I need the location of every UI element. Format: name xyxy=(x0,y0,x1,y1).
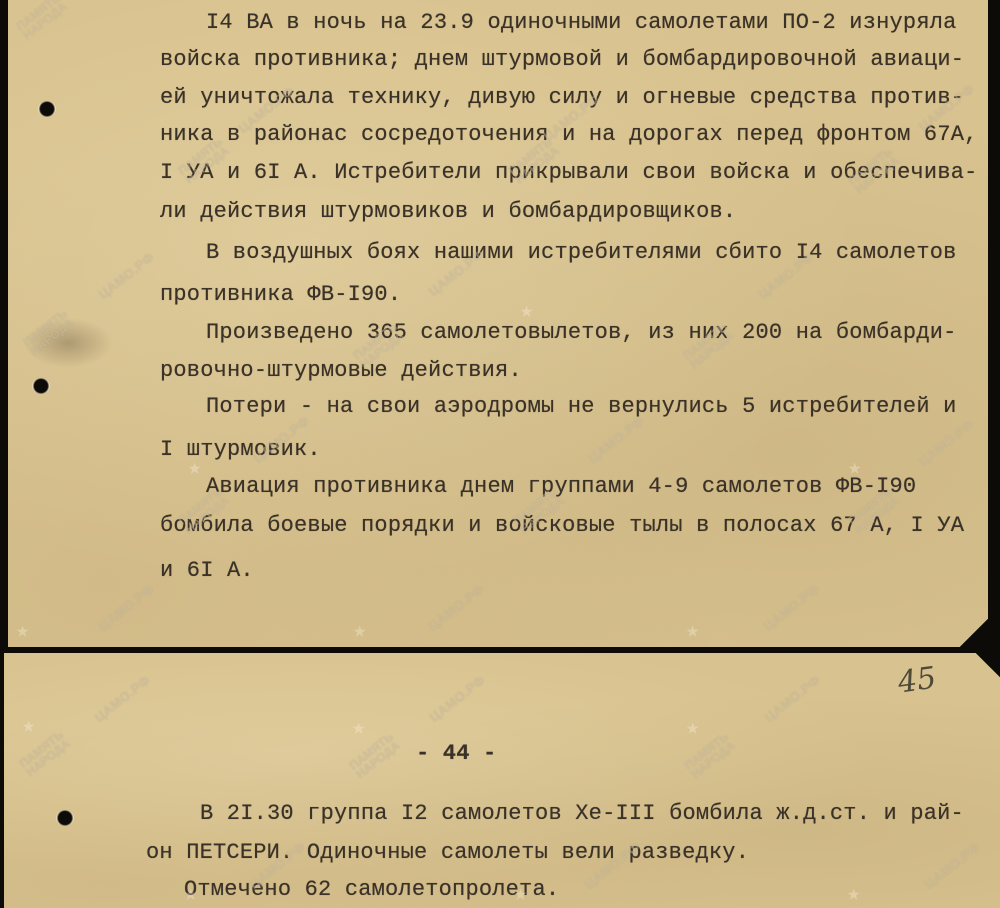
text-line: I штурмовик. xyxy=(160,437,321,462)
text-line: Произведено 365 самолетовылетов, из них … xyxy=(206,320,957,345)
watermark-tsamo: ЦАМО.РФ xyxy=(95,249,157,302)
watermark-pamyat-naroda: ПАМЯТЬНАРОДА xyxy=(15,0,69,42)
text-line: ей уничтожала технику, дивую силу и огне… xyxy=(160,85,964,110)
star-icon: ★ xyxy=(188,455,201,481)
text-line: ника в районас сосредоточения и на дорог… xyxy=(160,122,978,147)
document-sheet-bottom: 45 - 44 - В 2I.30 группа I2 самолетов Хе… xyxy=(4,653,1000,908)
text-line: противника ФВ-I90. xyxy=(160,282,401,307)
watermark-tsamo: ЦАМО.РФ xyxy=(426,672,488,725)
star-icon: ★ xyxy=(16,618,29,644)
handwritten-sheet-number: 45 xyxy=(896,661,939,701)
watermark-tsamo: ЦАМО.РФ xyxy=(760,581,822,634)
text-line: I УА и 6I А. Истребители прикрывали свои… xyxy=(160,160,978,185)
page-number: - 44 - xyxy=(416,741,496,766)
watermark-tsamo: ЦАМО.РФ xyxy=(95,581,157,634)
watermark-tsamo: ЦАМО.РФ xyxy=(915,416,977,469)
star-icon: ★ xyxy=(686,618,699,644)
text-line: В воздушных боях нашими истребителями сб… xyxy=(206,240,957,265)
punch-hole xyxy=(38,101,56,117)
star-icon: ★ xyxy=(520,298,533,324)
stain xyxy=(23,318,113,368)
punch-hole xyxy=(32,378,50,394)
star-icon: ★ xyxy=(847,881,860,907)
watermark-tsamo: ЦАМО.РФ xyxy=(585,413,647,466)
text-line: войска противника; днем штурмовой и бомб… xyxy=(160,47,964,72)
text-line: ровочно-штурмовые действия. xyxy=(160,358,522,383)
text-line: I4 ВА в ночь на 23.9 одиночными самолета… xyxy=(206,10,957,35)
star-icon: ★ xyxy=(353,618,366,644)
text-line: Потери - на свои аэродромы не вернулись … xyxy=(206,394,957,419)
punch-hole xyxy=(56,810,74,826)
watermark-tsamo: ЦАМО.РФ xyxy=(91,672,153,725)
text-line: он ПЕТСЕРИ. Одиночные самолеты вели разв… xyxy=(146,840,749,865)
watermark-tsamo: ЦАМО.РФ xyxy=(761,672,823,725)
star-icon: ★ xyxy=(22,713,35,739)
watermark-tsamo: ЦАМО.РФ xyxy=(425,581,487,634)
document-sheet-top: I4 ВА в ночь на 23.9 одиночными самолета… xyxy=(8,0,988,647)
text-line: бомбила боевые порядки и войсковые тылы … xyxy=(160,513,964,538)
text-line: Отмечено 62 самолетопролета. xyxy=(184,877,559,902)
star-icon: ★ xyxy=(184,881,197,907)
text-line: и 6I А. xyxy=(160,558,254,583)
star-icon: ★ xyxy=(848,455,861,481)
text-line: ли действия штурмовиков и бомбардировщик… xyxy=(160,199,736,224)
watermark-tsamo: ЦАМО.РФ xyxy=(921,839,983,892)
star-icon: ★ xyxy=(686,715,699,741)
text-line: Авиация противника днем группами 4-9 сам… xyxy=(206,474,916,499)
text-line: В 2I.30 группа I2 самолетов Хе-III бомби… xyxy=(200,801,964,826)
star-icon: ★ xyxy=(352,715,365,741)
star-icon: ★ xyxy=(514,881,527,907)
